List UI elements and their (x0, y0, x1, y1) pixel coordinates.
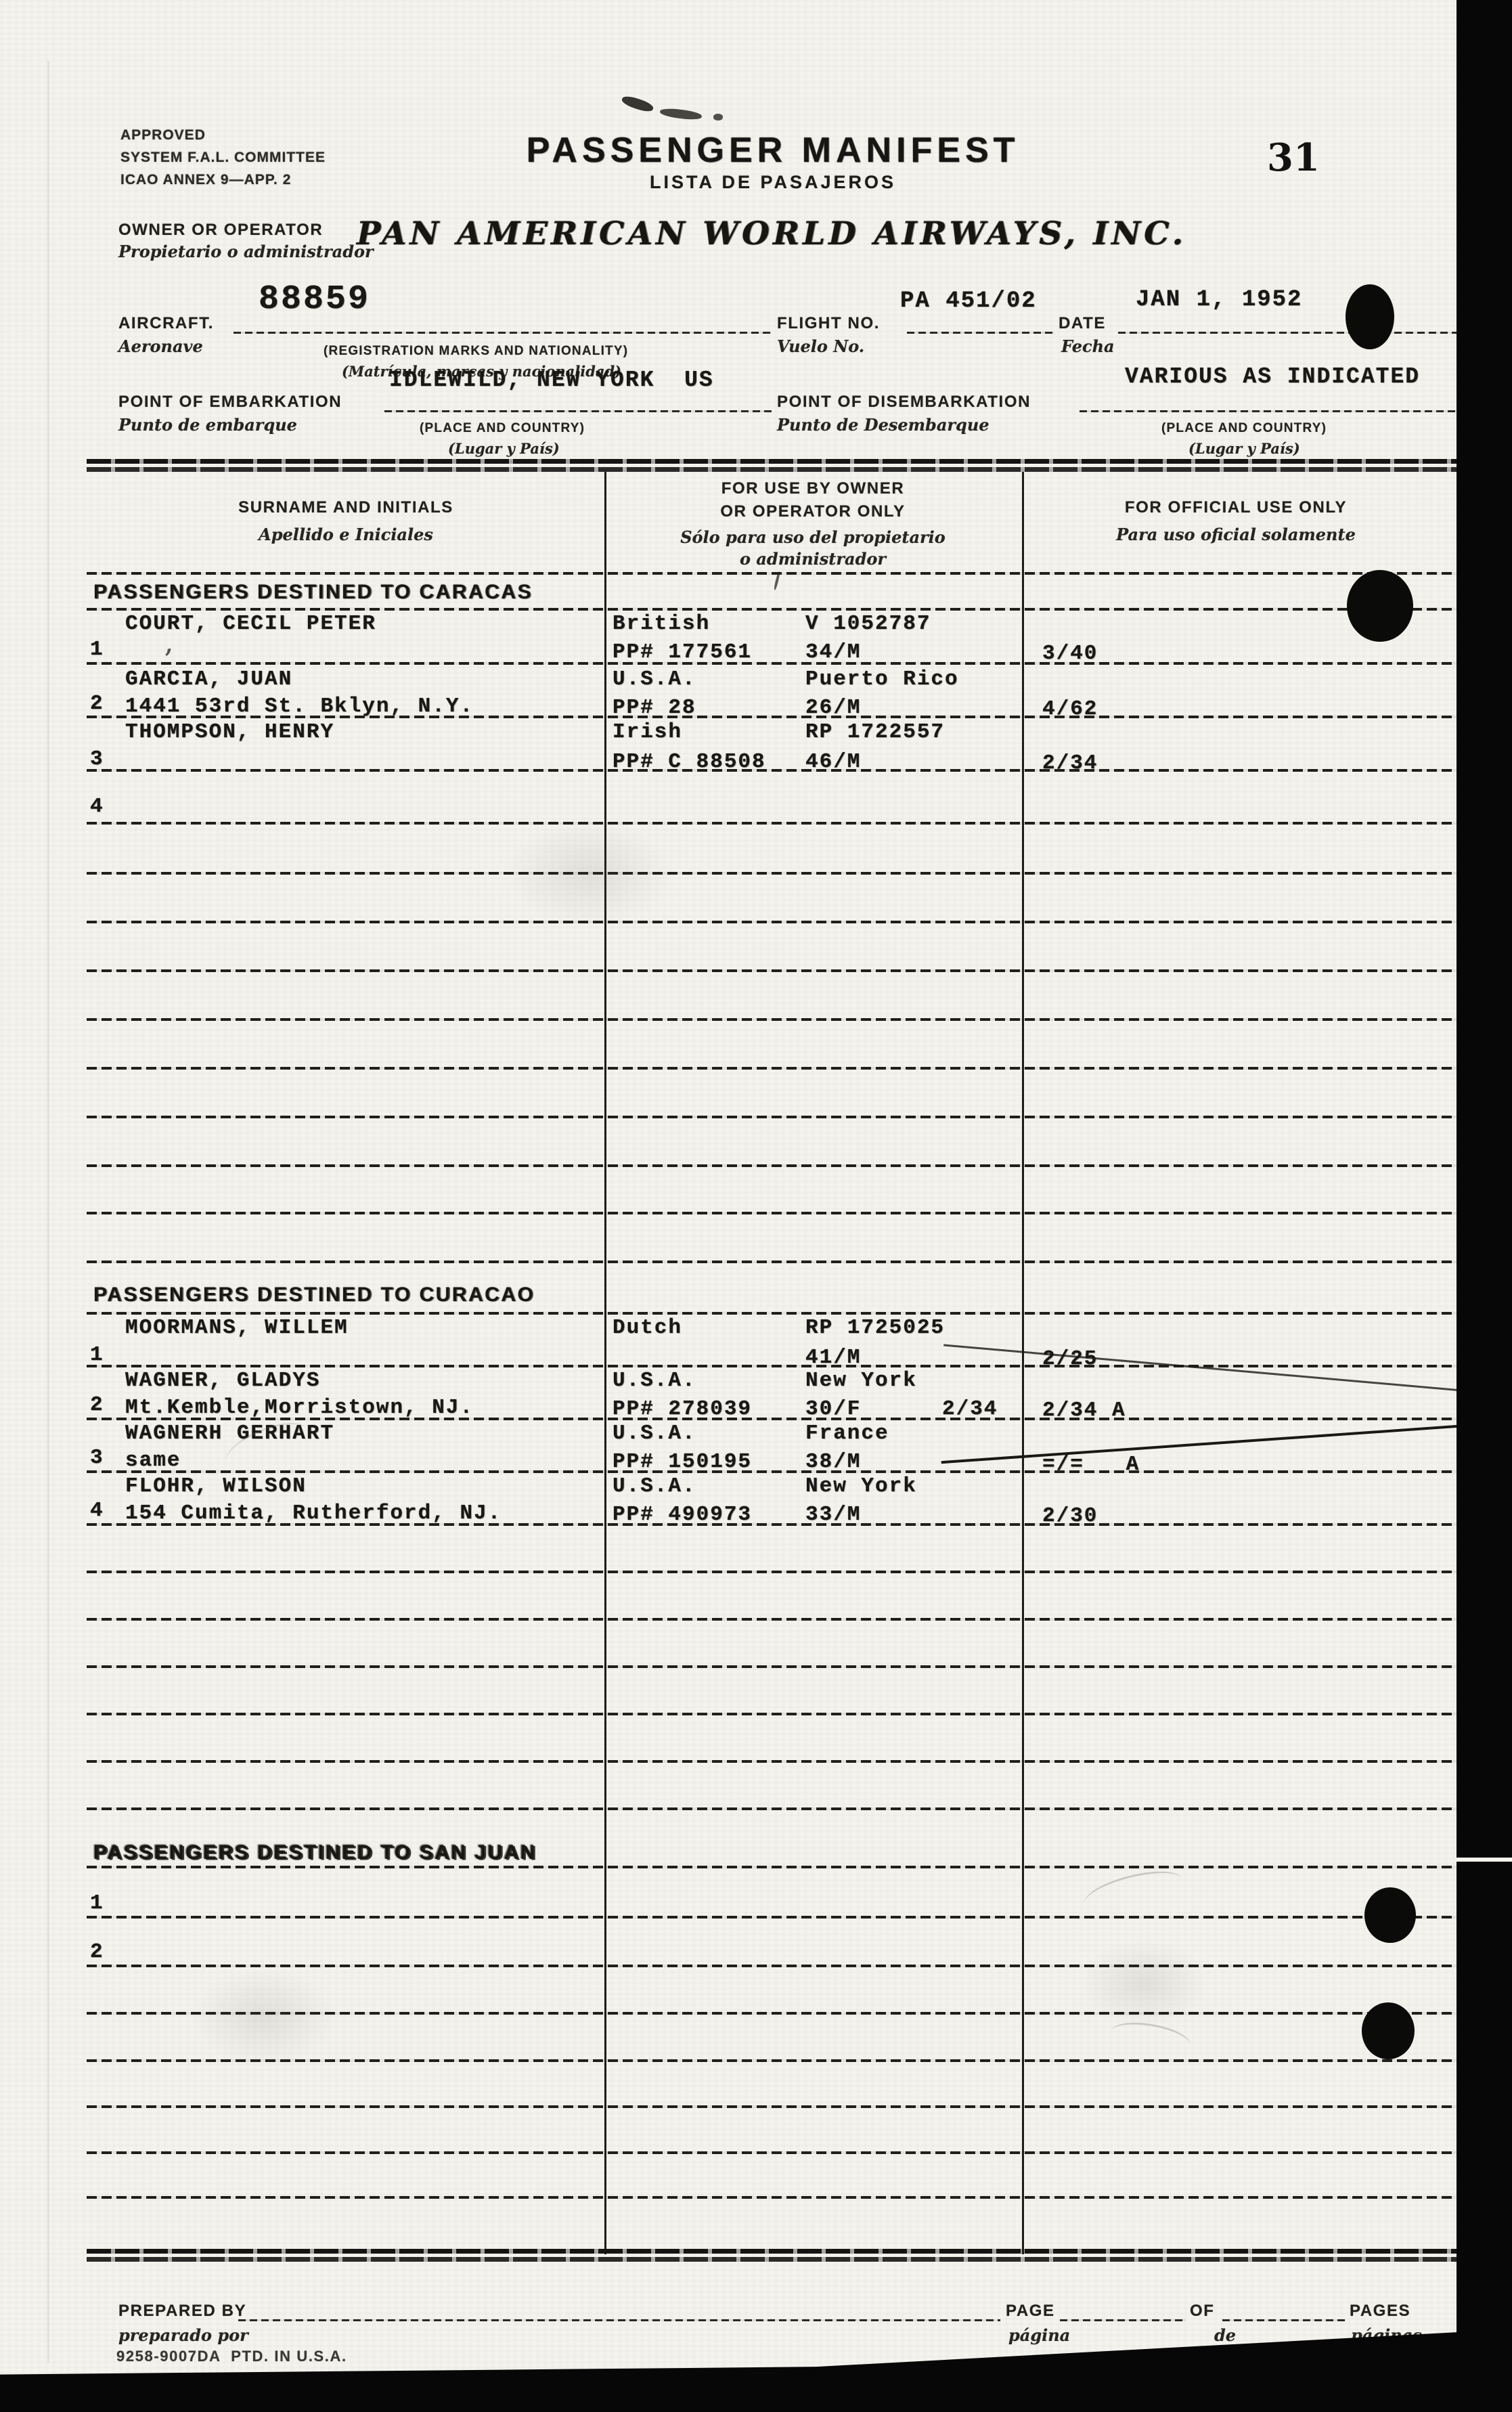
disembark-place-note-es: (Lugar y País) (1188, 441, 1300, 456)
row-line (87, 1164, 1457, 1167)
col-owner-label-1: FOR USE BY OWNER (721, 481, 905, 497)
row-line (87, 1116, 1457, 1118)
row-line (87, 1365, 1457, 1367)
hole-punch-dot (1364, 1887, 1416, 1943)
flight-date-value: JAN 1, 1952 (1136, 288, 1302, 311)
row-line (87, 1470, 1457, 1473)
page-number: 31 (1267, 135, 1320, 180)
row-line (87, 1807, 1457, 1810)
scan-blot (162, 1950, 365, 2085)
row-number: 3 (90, 1447, 104, 1468)
row-line (87, 822, 1457, 825)
row-line (87, 872, 1457, 875)
row-line (87, 1067, 1457, 1070)
row-number: 2 (90, 1395, 104, 1416)
row-line (87, 2151, 1457, 2154)
row-line (87, 662, 1457, 665)
page-sublabel: página (1008, 2327, 1070, 2344)
nationality: Irish (613, 722, 682, 743)
disembarkation-value: VARIOUS AS INDICATED (1125, 366, 1420, 388)
col-surname-sublabel: Apellido e Iniciales (259, 527, 433, 543)
prepared-by-label: PREPARED BY (118, 2303, 246, 2319)
flight-number-value: PA 451/02 (900, 290, 1037, 313)
nationality: Dutch (613, 1317, 682, 1338)
approval-line-3: ICAO ANNEX 9—APP. 2 (120, 172, 291, 188)
page-rule (1060, 2319, 1186, 2321)
disembark-place-note: (PLACE AND COUNTRY) (1161, 421, 1327, 436)
ink-smudge (713, 114, 723, 120)
flight-number-rule (907, 332, 1054, 334)
row-line (87, 716, 1457, 718)
page-label: PAGE (1006, 2303, 1055, 2319)
of-rule (1222, 2319, 1346, 2321)
passenger-address: 1441 53rd St. Bklyn, N.Y. (125, 696, 474, 717)
prepared-by-rule (238, 2319, 1000, 2321)
row-line (87, 1418, 1457, 1420)
table-bottom-rule (87, 2249, 1457, 2254)
pencil-mark: ‚ (162, 633, 173, 657)
aircraft-rule (234, 332, 772, 334)
disembarkation-sublabel: Punto de Desembarque (777, 417, 990, 433)
row-line (87, 969, 1457, 972)
section-title-san-juan: PASSENGERS DESTINED TO SAN JUAN (93, 1841, 537, 1864)
row-line (87, 1260, 1457, 1263)
row-line (87, 1665, 1457, 1668)
column-divider-1 (604, 472, 606, 2254)
row-line (87, 1713, 1457, 1715)
of-sublabel: de (1214, 2327, 1236, 2344)
of-label: OF (1190, 2303, 1215, 2319)
embarkation-label: POINT OF EMBARKATION (118, 394, 342, 410)
hole-punch-dot (1362, 2002, 1415, 2059)
row-number: 1 (90, 1344, 104, 1365)
passenger-name: COURT, CECIL PETER (125, 613, 376, 634)
date-rule (1118, 332, 1457, 334)
row-number: 2 (90, 1942, 104, 1963)
col-owner-sublabel-2: o administrador (740, 551, 886, 567)
passport-number: PP# 278039 (613, 1399, 752, 1420)
row-number: 1 (90, 639, 104, 660)
owner-operator-sublabel: Propietario o administrador (118, 244, 374, 260)
passenger-address: same (125, 1450, 181, 1471)
passport-number: PP# 150195 (613, 1451, 752, 1472)
pages-label: PAGES (1350, 2303, 1410, 2319)
col-surname-label: SURNAME AND INITIALS (238, 500, 453, 516)
row-line (87, 1571, 1457, 1573)
document-number: V 1052787 (805, 613, 931, 634)
owner-operator-label: OWNER OR OPERATOR (118, 222, 323, 238)
flight-number-sublabel: Vuelo No. (777, 338, 864, 355)
age-sex: 38/M (805, 1451, 861, 1472)
column-divider-2 (1022, 472, 1024, 2254)
scan-blot (1056, 1923, 1232, 2044)
row-line (87, 608, 1457, 611)
registration-note: (REGISTRATION MARKS AND NATIONALITY) (324, 344, 628, 359)
scan-edge-artifact (1457, 1858, 1512, 1862)
scan-blot (474, 799, 704, 948)
disembarkation-label: POINT OF DISEMBARKATION (777, 394, 1031, 410)
document-number: Puerto Rico (805, 669, 959, 690)
row-line (87, 2196, 1457, 2199)
age-sex: 33/M (805, 1504, 861, 1525)
hole-punch-dot (1346, 284, 1394, 349)
row-line (87, 1618, 1457, 1621)
document-number: RP 1725025 (805, 1317, 945, 1338)
ink-smudge (621, 94, 654, 114)
passenger-name: WAGNER, GLADYS (125, 1370, 320, 1391)
row-line (87, 1018, 1457, 1021)
embarkation-rule (384, 410, 772, 412)
row-line (87, 1212, 1457, 1214)
col-official-sublabel: Para uso oficial solamente (1116, 527, 1356, 543)
struck-value: 2/34 (942, 1399, 1512, 1420)
date-label: DATE (1059, 315, 1106, 332)
manifest-subtitle: LISTA DE PASAJEROS (650, 172, 896, 193)
passenger-name: THOMPSON, HENRY (125, 722, 334, 743)
passenger-name: MOORMANS, WILLEM (125, 1317, 349, 1338)
aircraft-registration-value: 88859 (259, 283, 370, 317)
aircraft-label: AIRCRAFT. (118, 315, 214, 332)
passport-number: PP# 490973 (613, 1504, 752, 1525)
row-line (87, 1916, 1457, 1918)
approval-block: APPROVEDSYSTEM F.A.L. COMMITTEEICAO ANNE… (120, 124, 326, 191)
nationality: U.S.A. (613, 1476, 696, 1497)
pencil-scribble (1080, 1864, 1186, 1921)
date-sublabel: Fecha (1061, 338, 1115, 355)
document-number: New York (805, 1370, 917, 1391)
approval-line-1: APPROVED (120, 127, 206, 143)
col-official-label: FOR OFFICIAL USE ONLY (1125, 500, 1347, 516)
airline-name: PAN AMERICAN WORLD AIRWAYS, INC. (357, 215, 1186, 253)
row-number: 3 (90, 749, 104, 770)
col-owner-sublabel-1: Sólo para uso del propietario (680, 529, 946, 546)
row-number: 1 (90, 1893, 104, 1914)
embark-place-note-es: (Lugar y País) (448, 441, 560, 456)
row-number: 2 (90, 693, 104, 714)
document-number: RP 1722557 (805, 722, 945, 743)
row-number: 4 (90, 796, 104, 817)
page-fold-edge (47, 61, 49, 2363)
document-number: France (805, 1423, 889, 1444)
row-line (87, 1866, 1457, 1868)
passenger-address: Mt.Kemble,Morristown, NJ. (125, 1397, 474, 1418)
disembarkation-rule (1080, 410, 1456, 412)
document-number: New York (805, 1476, 917, 1497)
row-line (87, 2105, 1457, 2108)
nationality: U.S.A. (613, 1423, 696, 1444)
aircraft-sublabel: Aeronave (118, 338, 203, 355)
row-line (87, 1523, 1457, 1526)
form-print-code: 9258-9007DA PTD. IN U.S.A. (116, 2349, 347, 2364)
age-sex: 34/M (805, 642, 861, 663)
passenger-name: FLOHR, WILSON (125, 1476, 307, 1497)
row-line (87, 769, 1457, 772)
table-bottom-rule-2 (87, 2257, 1457, 2262)
manifest-title: PASSENGER MANIFEST (527, 130, 1020, 171)
scan-edge-right (1457, 0, 1512, 2412)
header-underline (87, 572, 1457, 575)
nationality: U.S.A. (613, 1370, 696, 1391)
table-top-rule (87, 459, 1457, 464)
nationality: British (613, 613, 710, 634)
passenger-address: 154 Cumita, Rutherford, NJ. (125, 1503, 502, 1524)
row-line (87, 1760, 1457, 1763)
embark-place-note: (PLACE AND COUNTRY) (420, 421, 585, 436)
embarkation-value: IDLEWILD, NEW YORK US (389, 369, 714, 391)
nationality: U.S.A. (613, 669, 696, 690)
row-number: 4 (90, 1500, 104, 1521)
row-line (87, 1312, 1457, 1315)
age-sex: 30/F (805, 1399, 861, 1420)
approval-line-2: SYSTEM F.A.L. COMMITTEE (120, 150, 326, 165)
flight-number-label: FLIGHT NO. (777, 315, 880, 332)
col-owner-label-2: OR OPERATOR ONLY (720, 504, 905, 520)
section-title-curacao: PASSENGERS DESTINED TO CURACAO (93, 1284, 535, 1307)
passport-number: PP# 177561 (613, 642, 752, 663)
section-title-caracas: PASSENGERS DESTINED TO CARACAS (93, 581, 533, 604)
passenger-name: GARCIA, JUAN (125, 669, 292, 690)
table-top-rule-2 (87, 467, 1457, 472)
row-line (87, 921, 1457, 923)
ink-smudge (659, 107, 702, 120)
official-use-value: 3/40 (1042, 643, 1098, 664)
hole-punch-dot (1347, 570, 1413, 642)
embarkation-sublabel: Punto de embarque (118, 417, 297, 433)
prepared-by-sublabel: preparado por (118, 2327, 248, 2344)
scanned-passenger-manifest: APPROVEDSYSTEM F.A.L. COMMITTEEICAO ANNE… (0, 0, 1512, 2412)
